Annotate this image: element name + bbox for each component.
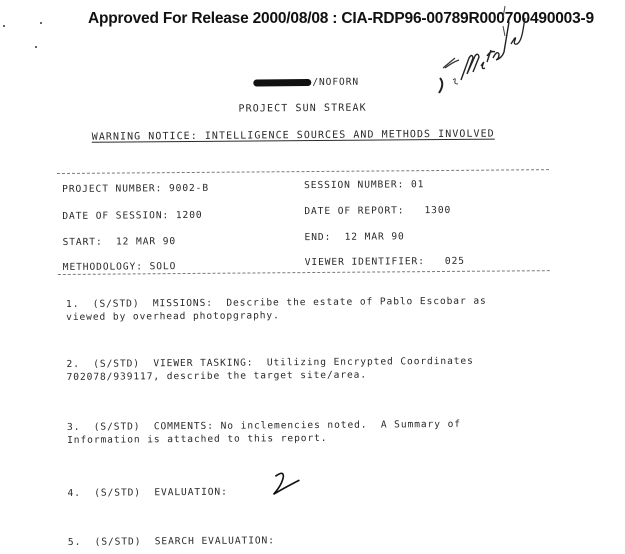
field-viewer-identifier: VIEWER IDENTIFIER: 025	[305, 256, 465, 268]
document-page: Approved For Release 2000/08/08 : CIA-RD…	[0, 0, 625, 554]
session-number-value: 01	[411, 179, 424, 190]
classification-marking: /NOFORN	[253, 77, 359, 89]
methodology-value: SOLO	[150, 261, 177, 272]
section-missions: 1. (S/STD) MISSIONS: Describe the estate…	[66, 295, 487, 324]
handwritten-evaluation-mark	[269, 470, 303, 498]
date-of-session-value: 1200	[176, 210, 203, 221]
field-methodology: METHODOLOGY: SOLO	[63, 261, 177, 273]
start-value: 12 MAR 90	[116, 236, 176, 247]
section-comments: 3. (S/STD) COMMENTS: No inclemencies not…	[67, 418, 461, 447]
field-project-number: PROJECT NUMBER: 9002-B	[62, 183, 209, 195]
separator-top	[57, 169, 549, 174]
section-viewer-tasking: 2. (S/STD) VIEWER TASKING: Utilizing Enc…	[66, 355, 473, 384]
field-start: START: 12 MAR 90	[63, 236, 177, 248]
field-end: END: 12 MAR 90	[304, 231, 404, 243]
field-session-number: SESSION NUMBER: 01	[304, 179, 424, 191]
field-date-of-session: DATE OF SESSION: 1200	[62, 210, 202, 222]
project-number-value: 9002-B	[169, 183, 209, 194]
report-body: /NOFORN PROJECT SUN STREAK WARNING NOTIC…	[0, 0, 625, 554]
classification-suffix: /NOFORN	[312, 77, 359, 88]
field-date-of-report: DATE OF REPORT: 1300	[304, 205, 451, 217]
viewer-identifier-value: 025	[445, 256, 465, 267]
section-search-evaluation: 5. (S/STD) SEARCH EVALUATION:	[68, 534, 275, 549]
document-title: PROJECT SUN STREAK	[238, 103, 366, 115]
warning-notice: WARNING NOTICE: INTELLIGENCE SOURCES AND…	[92, 129, 495, 143]
date-of-report-value: 1300	[424, 205, 451, 216]
end-value: 12 MAR 90	[345, 231, 405, 242]
section-evaluation: 4. (S/STD) EVALUATION:	[67, 486, 227, 500]
redacted-classification	[253, 79, 311, 86]
